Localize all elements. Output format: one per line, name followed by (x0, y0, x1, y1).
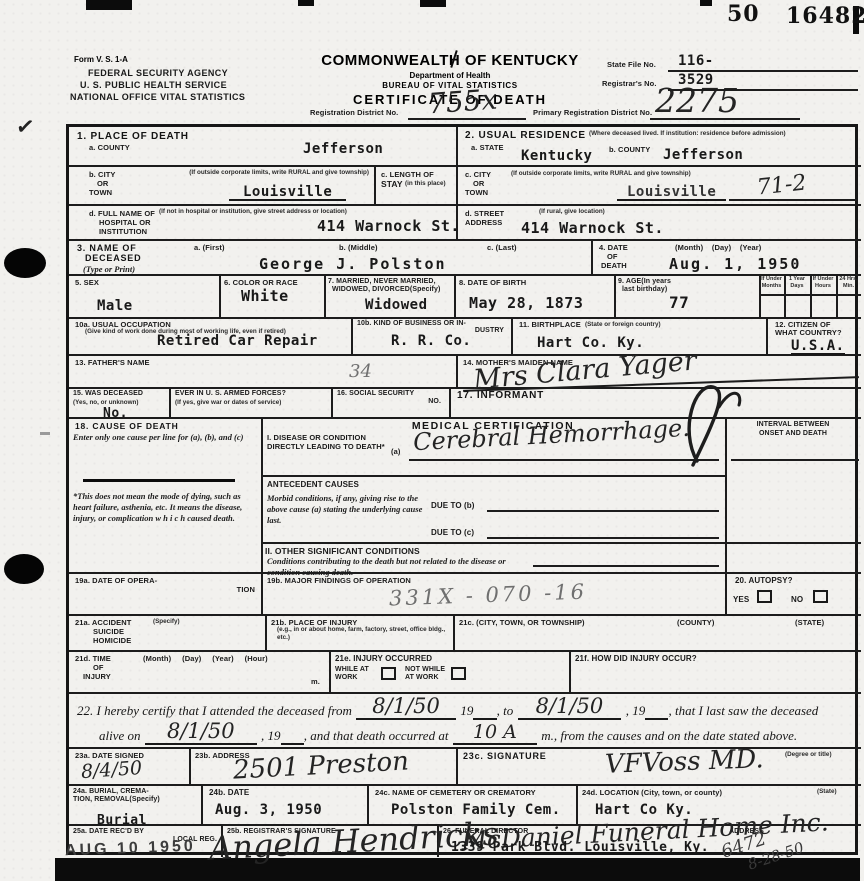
date-of-death-label-3: DEATH (601, 261, 627, 270)
marital-label-2: WIDOWED, DIVORCED(Specify) (332, 286, 440, 295)
informant-label: 17. INFORMANT (457, 390, 544, 402)
due-to-c-label: DUE TO (c) (431, 528, 474, 538)
age-box-label: If Under (759, 276, 784, 283)
city-value: Louisville (229, 185, 346, 201)
cause-of-death-note: Enter only one cause per line for (a), (… (73, 432, 255, 443)
age-box-under1yr-months: If Under Months (759, 276, 784, 290)
registrar-no-underline (668, 89, 858, 91)
cert-text: , that I last saw the deceased (668, 703, 818, 718)
cause-col-rule (83, 479, 235, 482)
time-of-injury-label-3: INJURY (83, 672, 111, 681)
cemetery-label: 24c. NAME OF CEMETERY OR CREMATORY (375, 788, 536, 797)
business-value: R. R. Co. (391, 334, 471, 348)
residence-state-value: Kentucky (521, 149, 592, 163)
date-of-operation-label-1: 19a. DATE OF OPERA- (75, 576, 157, 585)
while-at-work-checkbox (381, 667, 396, 680)
time-of-injury-columns: (Month) (Day) (Year) (Hour) (143, 654, 268, 663)
age-label-2: last birthday) (622, 286, 667, 295)
institution-note: (If not in hospital or institution, give… (159, 208, 369, 216)
cert-hand-hour: 10 A (453, 721, 537, 745)
residence-city-label-1: c. CITY (465, 170, 491, 179)
residence-state-label: a. STATE (471, 143, 504, 152)
degree-or-title-note: (Degree or title) (785, 751, 832, 759)
major-findings-pencil: 331X - 070 -16 (389, 582, 588, 610)
disease-label-2: DIRECTLY LEADING TO DEATH* (267, 442, 385, 451)
street-address-note: (If rural, give location) (539, 208, 605, 216)
age-value: 77 (669, 295, 689, 311)
citizen-value: U.S.A. (791, 339, 845, 355)
length-of-stay-label-2: STAY (381, 179, 403, 190)
reg-district-value: 755x (427, 86, 498, 119)
last-name-label: c. (Last) (487, 243, 517, 252)
sex-label: 5. SEX (75, 278, 99, 287)
physician-address-handwriting: 2501 Preston (232, 748, 409, 783)
sex-value: Male (97, 299, 133, 313)
age-box-label: Months (759, 283, 784, 290)
birthplace-note: (State or foreign country) (585, 321, 661, 329)
due-to-c-underline (487, 537, 719, 539)
place-of-death-title: 1. PLACE OF DEATH (77, 131, 189, 143)
city-label-1: b. CITY (89, 170, 116, 179)
hole-punch-mark (4, 554, 44, 584)
burial-location-label: 24d. LOCATION (City, town, or county) (582, 788, 722, 797)
length-of-stay-label-1: c. LENGTH OF (381, 170, 434, 179)
scan-edge-mark (700, 0, 712, 6)
cert-hand-alive: 8/1/50 (145, 719, 257, 745)
citizen-label-2: WHAT COUNTRY? (775, 328, 842, 337)
armed-forces-label-2: EVER IN U. S. ARMED FORCES? (175, 390, 286, 399)
interval-label-1: INTERVAL BETWEEN (727, 421, 859, 430)
cause-of-death-label: 18. CAUSE OF DEATH (75, 421, 179, 431)
reg-district-label: Registration District No. (310, 108, 398, 117)
agency-line-2: U. S. PUBLIC HEALTH SERVICE (80, 80, 227, 91)
serial-number-stamp: 16482 (786, 5, 864, 27)
registrar-no-value: 3529 (678, 73, 714, 87)
dob-label: 8. DATE OF BIRTH (459, 278, 526, 287)
check-mark: ✓ (15, 115, 36, 139)
cert-text: , 19 (261, 728, 281, 743)
disease-underline (409, 459, 719, 461)
date-of-death-label-2: OF (607, 252, 618, 261)
age-box-label: If Under (810, 276, 836, 283)
birthplace-value: Hart Co. Ky. (537, 336, 644, 350)
cause-footnote: *This does not mean the mode of dying, s… (73, 491, 255, 524)
residence-city-handwriting: 71-2 (756, 172, 807, 199)
date-received-stamp: AUG 10 1950 (65, 839, 196, 860)
armed-forces-label-1: 15. WAS DECEASED (73, 390, 143, 399)
city-label-2: OR (97, 179, 108, 188)
age-box-label: 1 Year (784, 276, 810, 283)
marital-value: Widowed (365, 298, 428, 312)
city-label-3: TOWN (89, 188, 112, 197)
morbid-conditions-note: Morbid conditions, if any, giving rise t… (267, 493, 425, 526)
birthplace-label: 11. BIRTHPLACE (519, 320, 581, 329)
institution-value: 414 Warnock St. (317, 219, 460, 234)
residence-city-label-2: OR (473, 179, 484, 188)
injury-occurred-label: 21e. INJURY OCCURRED (335, 654, 432, 664)
age-box-24h-min: 24 Hrs. Min. (836, 276, 861, 290)
institution-label-3: INSTITUTION (99, 227, 147, 236)
first-name-label: a. (First) (194, 243, 225, 252)
accident-label-2: SUICIDE (93, 627, 124, 636)
usual-residence-note: (Where deceased lived. If institution: r… (589, 130, 857, 138)
institution-label-2: HOSPITAL OR (99, 218, 151, 227)
primary-district-underline (650, 118, 800, 120)
usual-residence-title: 2. USUAL RESIDENCE (465, 130, 586, 142)
scan-edge-mark (420, 0, 446, 7)
date-of-death-value: Aug. 1, 1950 (669, 257, 801, 272)
injury-city-label: 21c. (CITY, TOWN, OR TOWNSHIP) (459, 618, 585, 627)
physician-signature-handwriting: VFVoss MD. (605, 746, 764, 778)
armed-forces-value: No. (103, 407, 128, 420)
agency-line-1: FEDERAL SECURITY AGENCY (88, 68, 228, 79)
state-file-label: State File No. (607, 60, 656, 69)
street-address-label-2: ADDRESS (465, 218, 502, 227)
interval-header: INTERVAL BETWEEN ONSET AND DEATH (727, 421, 859, 439)
cert-hand-from: 8/1/50 (356, 694, 456, 720)
injury-county-label: (COUNTY) (677, 618, 714, 627)
death-certificate-scan: ✓ 50 16482 Form V. S. 1-A FEDERAL SECURI… (0, 0, 864, 881)
age-box-label: Days (784, 283, 810, 290)
reg-district-underline (408, 118, 526, 120)
county-label: a. COUNTY (89, 143, 130, 152)
date-of-death-label-1: 4. DATE (599, 243, 628, 252)
antecedent-causes-label: ANTECEDENT CAUSES (267, 480, 359, 490)
certificate-form: 1. PLACE OF DEATH a. COUNTY Jefferson b.… (66, 124, 858, 855)
book-number-stamp: 50 (727, 3, 760, 25)
disease-label-1: I. DISEASE OR CONDITION (267, 433, 366, 442)
residence-county-value: Jefferson (663, 148, 743, 162)
agency-line-3: NATIONAL OFFICE VITAL STATISTICS (70, 92, 245, 103)
time-of-injury-label-2: OF (93, 663, 104, 672)
while-at-work-label-2: WORK (335, 674, 358, 683)
not-while-label-2: AT WORK (405, 674, 439, 683)
cert-text: 22. I hereby certify that I attended the… (77, 703, 352, 718)
residence-city-label-3: TOWN (465, 188, 488, 197)
burial-label-2: TION, REMOVAL(Specify) (73, 796, 160, 805)
accident-note: (Specify) (153, 618, 180, 626)
deceased-name-value: George J. Polston (259, 257, 447, 272)
injury-state-label: (STATE) (795, 618, 824, 627)
hole-punch-mark (4, 248, 46, 278)
due-to-b-label: DUE TO (b) (431, 501, 475, 511)
autopsy-no-checkbox (813, 590, 828, 603)
county-value: Jefferson (303, 142, 383, 156)
cert-text: m., from the causes and on the date stat… (541, 728, 797, 743)
certification-line-1: 22. I hereby certify that I attended the… (77, 698, 857, 720)
burial-date-label: 24b. DATE (209, 788, 249, 798)
middle-name-label: b. (Middle) (339, 243, 378, 252)
burial-date-value: Aug. 3, 1950 (215, 803, 322, 817)
state-file-value: 116- (678, 54, 714, 68)
age-box-label: Min. (836, 283, 861, 290)
cert-text: , 19 (626, 703, 646, 718)
major-findings-label: 19b. MAJOR FINDINGS OF OPERATION (267, 576, 411, 585)
age-box-1yr-days: 1 Year Days (784, 276, 810, 290)
due-to-b-underline (487, 510, 719, 512)
race-value: White (241, 289, 289, 304)
burial-value: Burial (97, 814, 147, 827)
certification-line-2: alive on 8/1/50 , 19 , and that death oc… (99, 723, 859, 745)
armed-forces-note-2: (If yes, give war or dates of service) (175, 399, 327, 407)
cert-text: alive on (99, 728, 141, 743)
time-of-injury-label-1: 21d. TIME (75, 654, 111, 663)
burial-location-state-note: (State) (817, 788, 837, 796)
cert-text: 19 (460, 703, 473, 718)
residence-city-value: Louisville (617, 185, 726, 201)
ssn-label-2: NO. (337, 398, 441, 407)
form-number: Form V. S. 1-A (74, 56, 128, 64)
other-significant-note: Conditions contributing to the death but… (267, 556, 529, 578)
not-while-at-work-checkbox (451, 667, 466, 680)
primary-district-label: Primary Registration District No. (533, 108, 652, 117)
dept-of-health: Department of Health (300, 72, 600, 80)
pencil-dash-mark (40, 432, 50, 435)
scan-bottom-band (55, 858, 860, 881)
age-box-label: Hours (810, 283, 836, 290)
other-significant-underline (533, 565, 719, 567)
occupation-value: Retired Car Repair (157, 334, 318, 348)
name-of-deceased-title-2: DECEASED (85, 253, 141, 264)
time-of-injury-m: m. (311, 677, 320, 686)
age-box-label: 24 Hrs. (836, 276, 861, 283)
autopsy-no-label: NO (791, 595, 803, 605)
type-or-print-note: (Type or Print) (83, 264, 135, 275)
father-name-pencil: 34 (349, 363, 372, 381)
how-did-injury-occur-label: 21f. HOW DID INJURY OCCUR? (575, 654, 697, 664)
scan-edge-mark (86, 0, 132, 10)
cert-text: , to (497, 703, 514, 718)
interval-label-2: ONSET AND DEATH (727, 430, 859, 439)
cert-hand-to: 8/1/50 (518, 694, 622, 720)
registrar-no-label: Registrar's No. (602, 79, 657, 88)
institution-label-1: d. FULL NAME OF (89, 209, 155, 218)
date-signed-handwriting: 8/4/50 (80, 759, 142, 782)
date-of-death-columns: (Month) (Day) (Year) (675, 243, 761, 252)
interval-rule-a (731, 459, 859, 461)
race-label: 6. COLOR OR RACE (224, 278, 298, 287)
accident-label-3: HOMICIDE (93, 636, 131, 645)
place-of-injury-note: (e.g., in or about home, farm, factory, … (277, 626, 449, 642)
street-address-label-1: d. STREET (465, 209, 504, 218)
age-box-under24h-hours: If Under Hours (810, 276, 836, 290)
street-address-value: 414 Warnock St. (521, 221, 664, 236)
date-of-operation-label-2: TION (75, 585, 255, 594)
dob-value: May 28, 1873 (469, 296, 583, 311)
autopsy-yes-checkbox (757, 590, 772, 603)
disease-a-label: (a) (391, 447, 400, 456)
accident-label-1: 21a. ACCIDENT (75, 618, 131, 627)
signature-label: 23c. SIGNATURE (463, 751, 547, 762)
funeral-address-value: 1339 Park Blvd. Louisville, Ky. (451, 841, 709, 854)
cert-text: , and that death occurred at (304, 728, 449, 743)
scan-edge-mark (298, 0, 314, 6)
autopsy-yes-label: YES (733, 595, 749, 605)
father-name-label: 13. FATHER'S NAME (75, 358, 150, 367)
city-note: (If outside corporate limits, write RURA… (131, 169, 369, 177)
autopsy-label: 20. AUTOPSY? (735, 576, 793, 586)
length-of-stay-note: (in this place) (405, 180, 446, 188)
residence-county-label: b. COUNTY (609, 145, 650, 154)
